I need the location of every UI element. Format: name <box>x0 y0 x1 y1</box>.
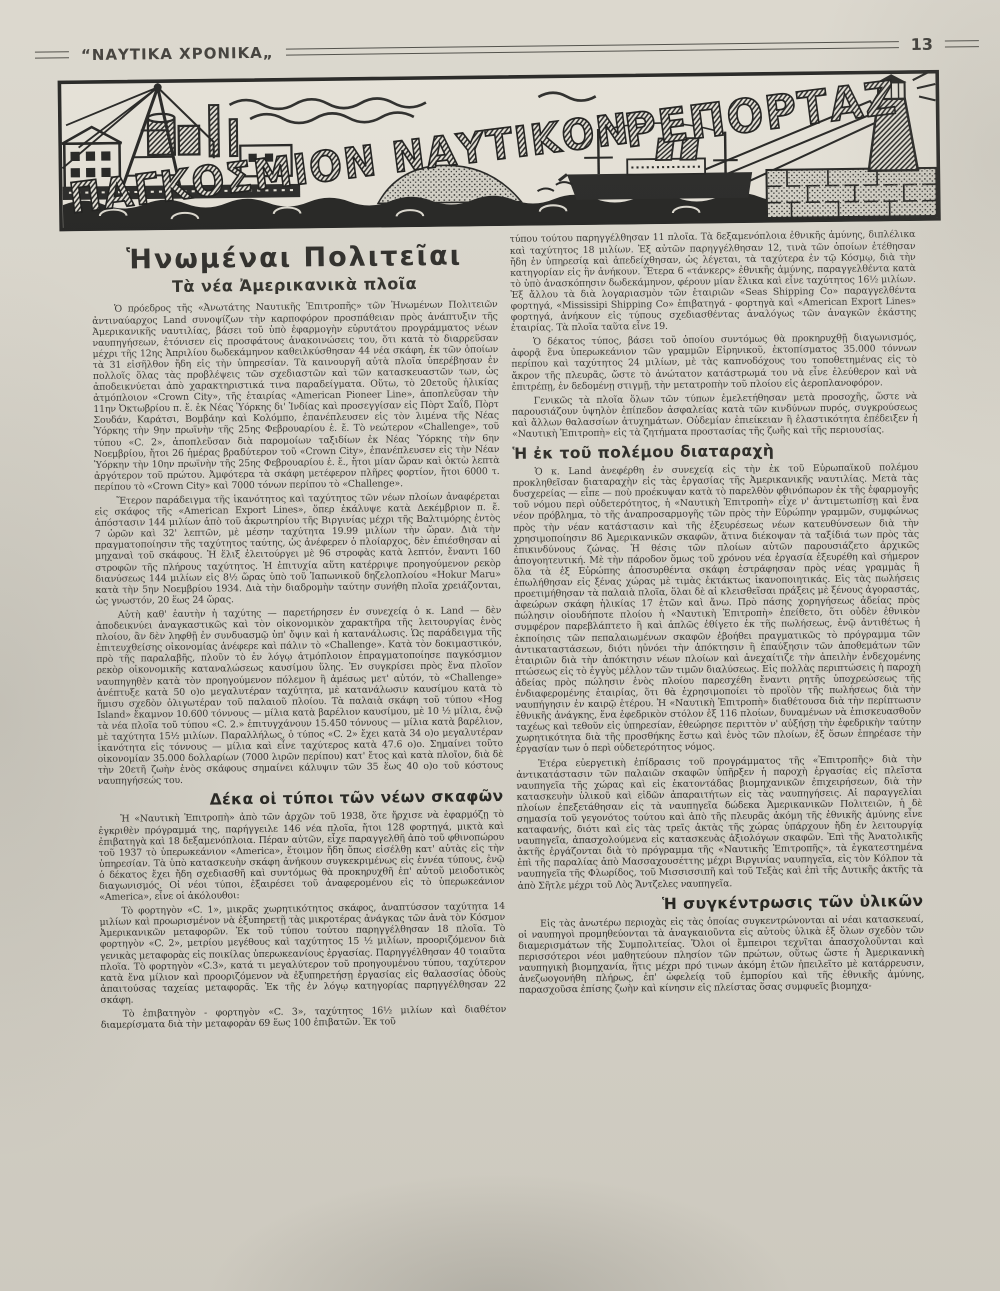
double-rule <box>286 41 899 55</box>
banner-illustration: ΠΑΓΚΟΣΜΙΟΝ ΝΑΥΤΙΚΟΝ ΡΕΠΟΡΤΑΖ <box>57 70 941 232</box>
article-paragraph: Αὐτὴ καθ' ἑαυτὴν ἡ ταχύτης — παρετήρησεν… <box>96 605 504 787</box>
article-paragraph: Ἡ «Ναυτικὴ Ἐπιτροπὴ» ἀπὸ τῶν ἀρχῶν τοῦ 1… <box>98 809 505 903</box>
article-paragraph: Γενικῶς τὰ πλοῖα ὅλων τῶν τύπων ἐμελετήθ… <box>512 391 918 440</box>
article-subtitle: Τὰ νέα Ἀμερικανικὰ πλοῖα <box>92 273 498 297</box>
article-paragraph: Ὁ πρόεδρος τῆς «Ἀνωτάτης Ναυτικῆς Ἐπιτρο… <box>92 299 500 493</box>
right-column: τύπου τούτου παρηγγέλθησαν 11 πλοῖα. Τὰ … <box>510 229 925 999</box>
left-column: Ἡνωμέναι Πολιτεῖαι Τὰ νέα Ἀμερικανικὰ πλ… <box>91 234 506 1034</box>
article-paragraph: Ἑτέρα εὐεργετικὴ ἐπίδρασις τοῦ προγράμμα… <box>516 753 923 891</box>
double-rule <box>35 51 69 58</box>
double-rule <box>945 40 979 47</box>
article-paragraph: Ἕτερον παράδειγμα τῆς ἱκανότητος καὶ ταχ… <box>94 491 501 607</box>
masthead-row: “ΝΑΥΤΙΚΑ ΧΡΟΝΙΚΑ„ 13 <box>35 34 979 65</box>
section-heading: Δέκα οἱ τύποι τῶν νέων σκαφῶν <box>98 787 504 810</box>
article-paragraph: τύπου τούτου παρηγγέλθησαν 11 πλοῖα. Τὰ … <box>510 229 917 334</box>
magazine-page: “ΝΑΥΤΙΚΑ ΧΡΟΝΙΚΑ„ 13 <box>0 0 1000 1291</box>
section-heading: Ἡ συγκέντρωσις τῶν ὑλικῶν <box>518 892 924 915</box>
right-column-text: τύπου τούτου παρηγγέλθησαν 11 πλοῖα. Τὰ … <box>510 229 925 996</box>
stone-breakwater-icon <box>766 168 936 218</box>
section-heading: Ἡ ἐκ τοῦ πολέμου διαταραχὴ <box>512 440 918 463</box>
article-paragraph: Ὁ κ. Land ἀνεφέρθη ἐν συνεχείᾳ εἰς τὴν ἐ… <box>513 462 922 755</box>
article-paragraph: Τὸ ἐπιβατηγὸν - φορτηγὸν «C. 3», ταχύτητ… <box>101 1004 507 1031</box>
page-number: 13 <box>911 35 933 54</box>
article-paragraph: Τὸ φορτηγὸν «C. 1», μικρᾶς χωρητικότητος… <box>99 901 506 1006</box>
magazine-title: “ΝΑΥΤΙΚΑ ΧΡΟΝΙΚΑ„ <box>81 43 274 63</box>
left-column-text: Ὁ πρόεδρος τῆς «Ἀνωτάτης Ναυτικῆς Ἐπιτρο… <box>92 299 506 1031</box>
article-body: Ἡνωμέναι Πολιτεῖαι Τὰ νέα Ἀμερικανικὰ πλ… <box>0 228 1000 1035</box>
article-paragraph: Εἰς τὰς ἀνωτέρω περιοχὰς εἰς τὰς ὁποίας … <box>518 914 924 997</box>
article-title: Ἡνωμέναι Πολιτεῖαι <box>91 240 497 276</box>
article-paragraph: Ὁ δέκατος τύπος, βάσει τοῦ ὁποίου συντόμ… <box>511 332 917 392</box>
